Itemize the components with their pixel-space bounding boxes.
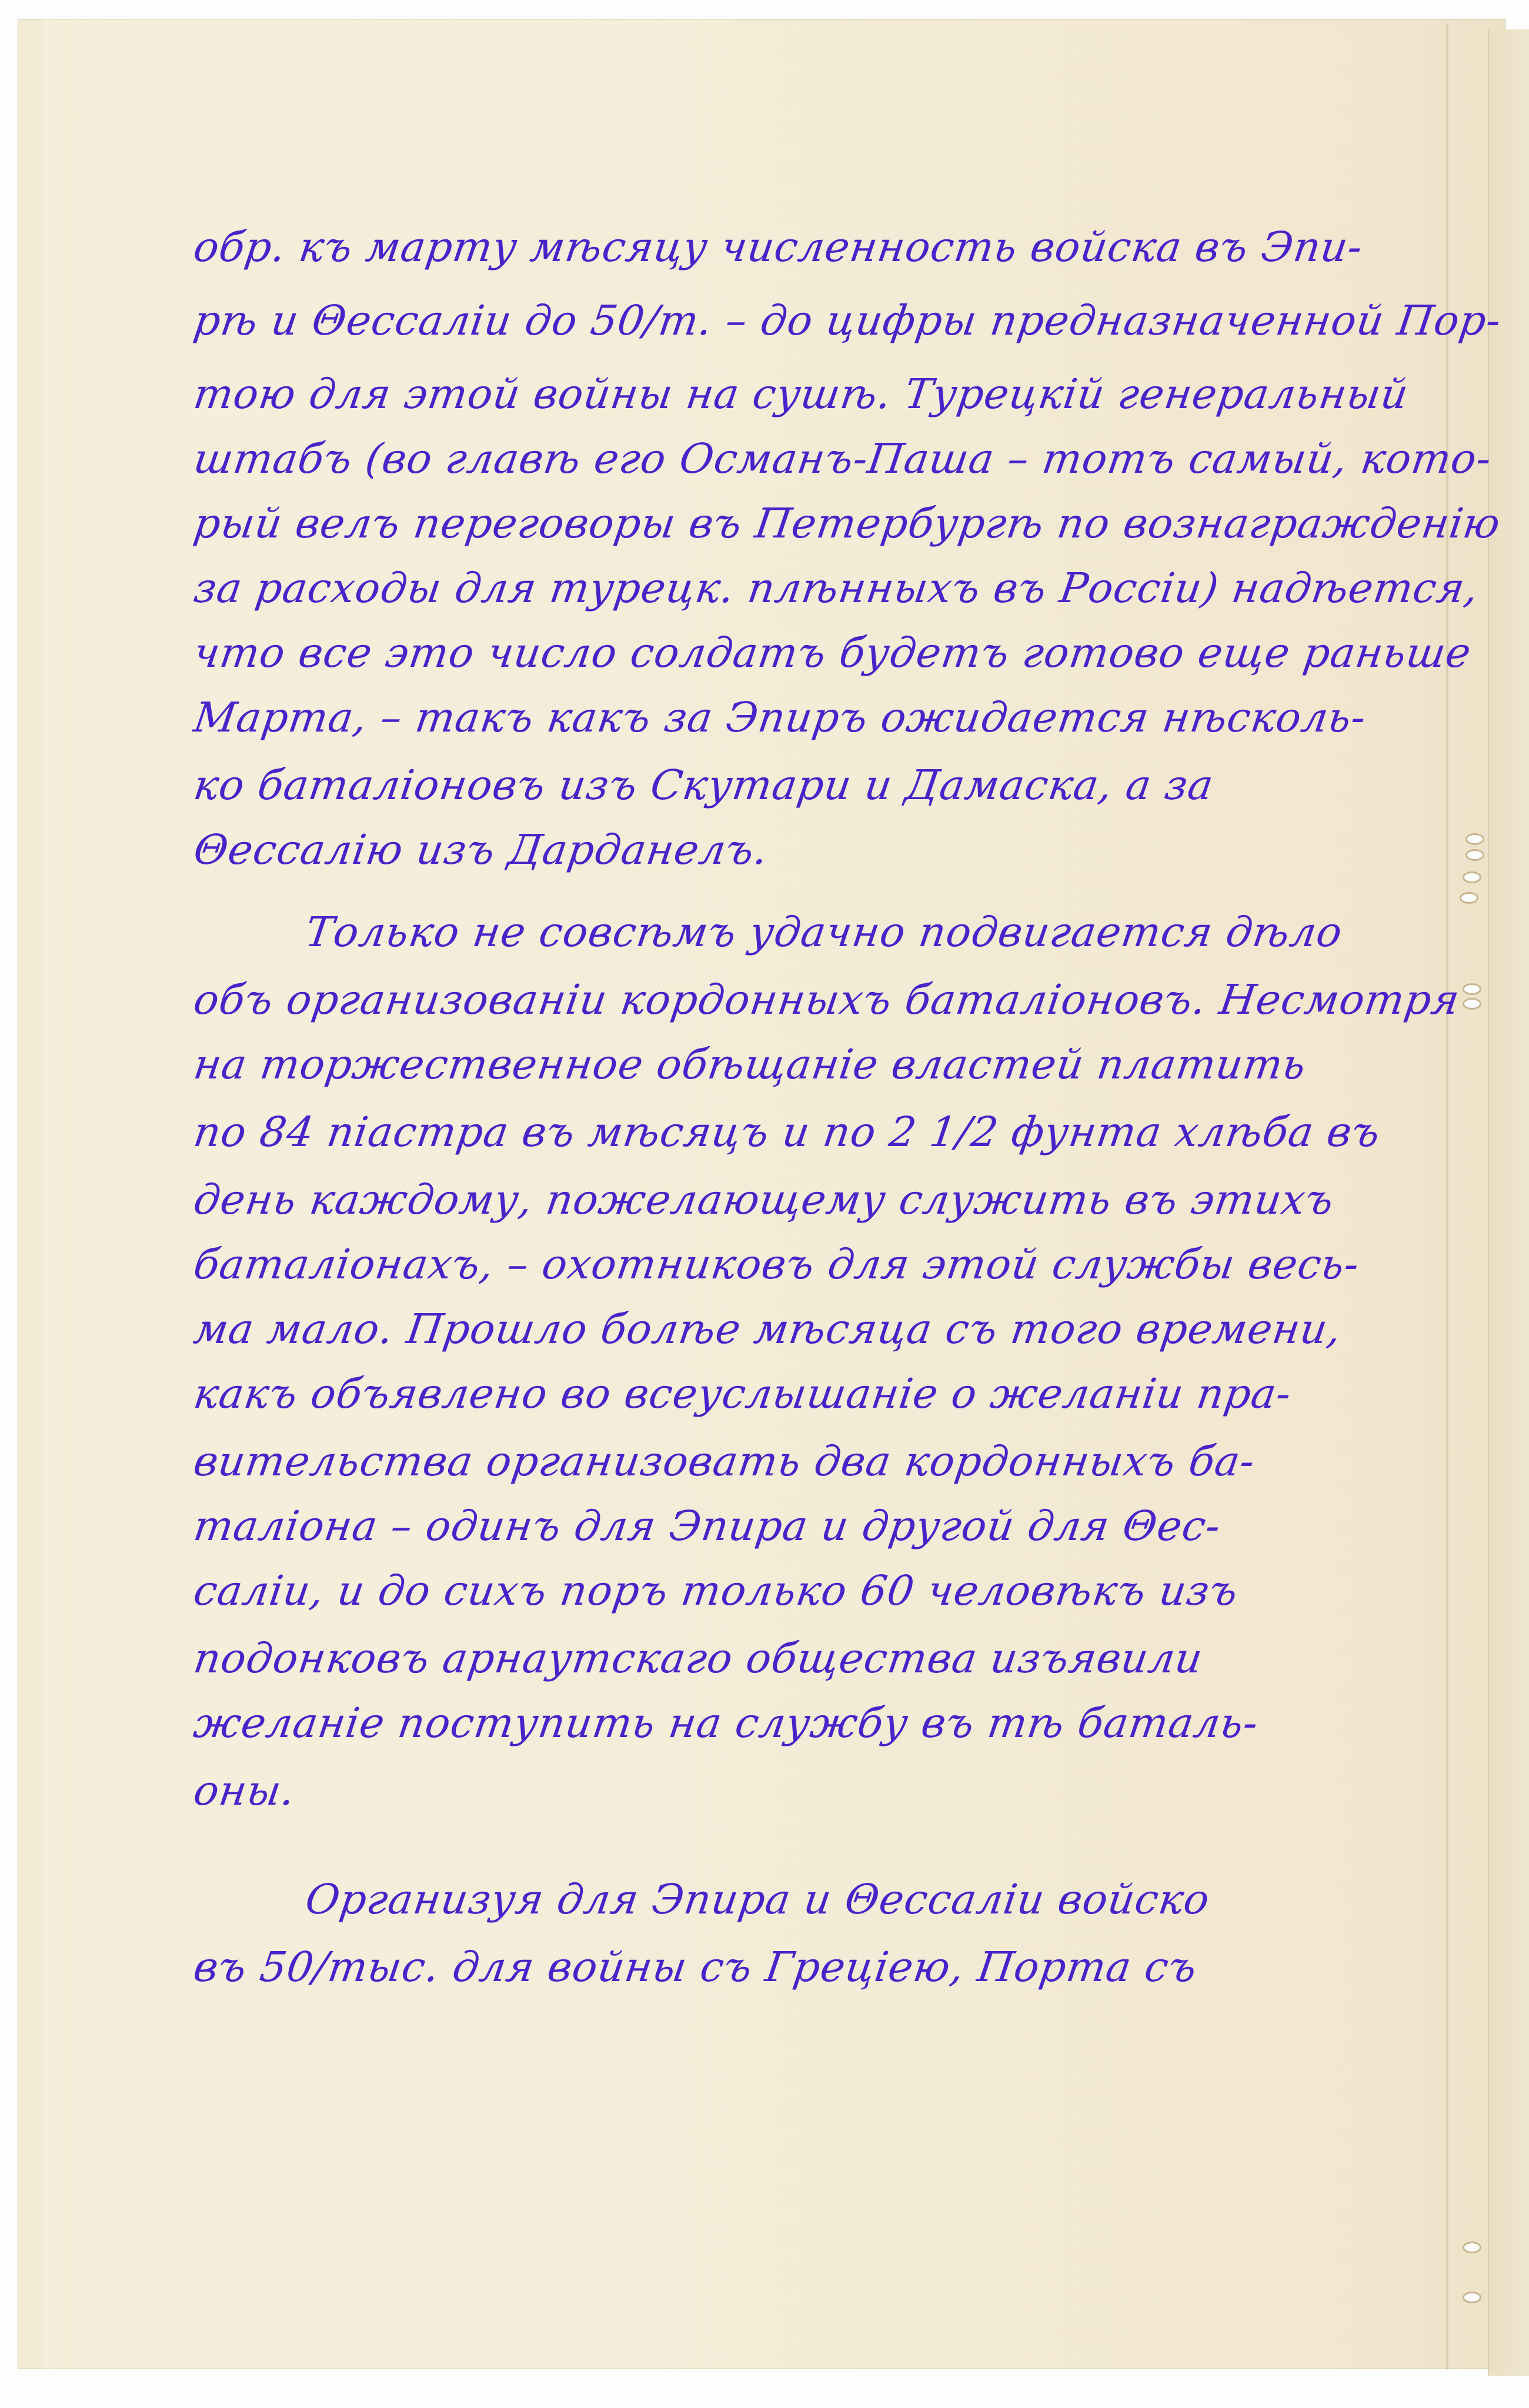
- text-line: что все это число солдатъ будетъ готово …: [191, 626, 1457, 679]
- text-line: штабъ (во главѣ его Османъ-Паша – тотъ с…: [191, 432, 1457, 485]
- text-line: тою для этой войны на сушѣ. Турецкій ген…: [191, 368, 1457, 420]
- paragraph-start-line: Организуя для Эпира и Θессаліи войско: [302, 1873, 1529, 1926]
- text-line: ко баталіоновъ изъ Скутари и Дамаска, а …: [191, 759, 1457, 811]
- text-line: въ 50/тыс. для войны съ Греціею, Порта с…: [191, 1941, 1457, 1993]
- text-line: ма мало. Прошло болѣе мѣсяца съ того вре…: [191, 1302, 1457, 1355]
- text-line: рый велъ переговоры въ Петербургѣ по воз…: [191, 497, 1457, 550]
- text-line: баталіонахъ, – охотниковъ для этой служб…: [191, 1238, 1457, 1291]
- text-line: вительства организовать два кордонныхъ б…: [191, 1435, 1457, 1488]
- text-line: таліона – одинъ для Эпира и другой для Θ…: [191, 1499, 1457, 1552]
- text-line: объ организованіи кордонныхъ баталіоновъ…: [191, 973, 1457, 1026]
- text-line: на торжественное обѣщаніе властей платит…: [191, 1038, 1457, 1091]
- text-line: Θессалію изъ Дарданелъ.: [191, 823, 1457, 876]
- text-line: день каждому, пожелающему служить въ эти…: [191, 1173, 1457, 1226]
- text-line: за расходы для турецк. плѣнныхъ въ Россі…: [191, 562, 1457, 614]
- text-line: какъ объявлено во всеуслышаніе о желаніи…: [191, 1367, 1457, 1420]
- paragraph-start-line: Только не совсѣмъ удачно подвигается дѣл…: [302, 906, 1529, 958]
- text-line: обр. къ марту мѣсяцу численность войска …: [191, 221, 1457, 273]
- text-line: саліи, и до сихъ поръ только 60 человѣкъ…: [191, 1564, 1457, 1617]
- text-line: подонковъ арнаутскаго общества изъявили: [191, 1632, 1457, 1685]
- text-line: желаніе поступить на службу въ тѣ баталь…: [191, 1696, 1457, 1749]
- text-line: оны.: [191, 1764, 1457, 1817]
- text-line: Марта, – такъ какъ за Эпиръ ожидается нѣ…: [191, 691, 1457, 744]
- text-line: по 84 піастра въ мѣсяцъ и по 2 1/2 фунта…: [191, 1106, 1457, 1158]
- text-line: рѣ и Θессаліи до 50/т. – до цифры предна…: [191, 294, 1457, 347]
- handwritten-text: обр. къ марту мѣсяцу численность войска …: [0, 0, 1529, 2408]
